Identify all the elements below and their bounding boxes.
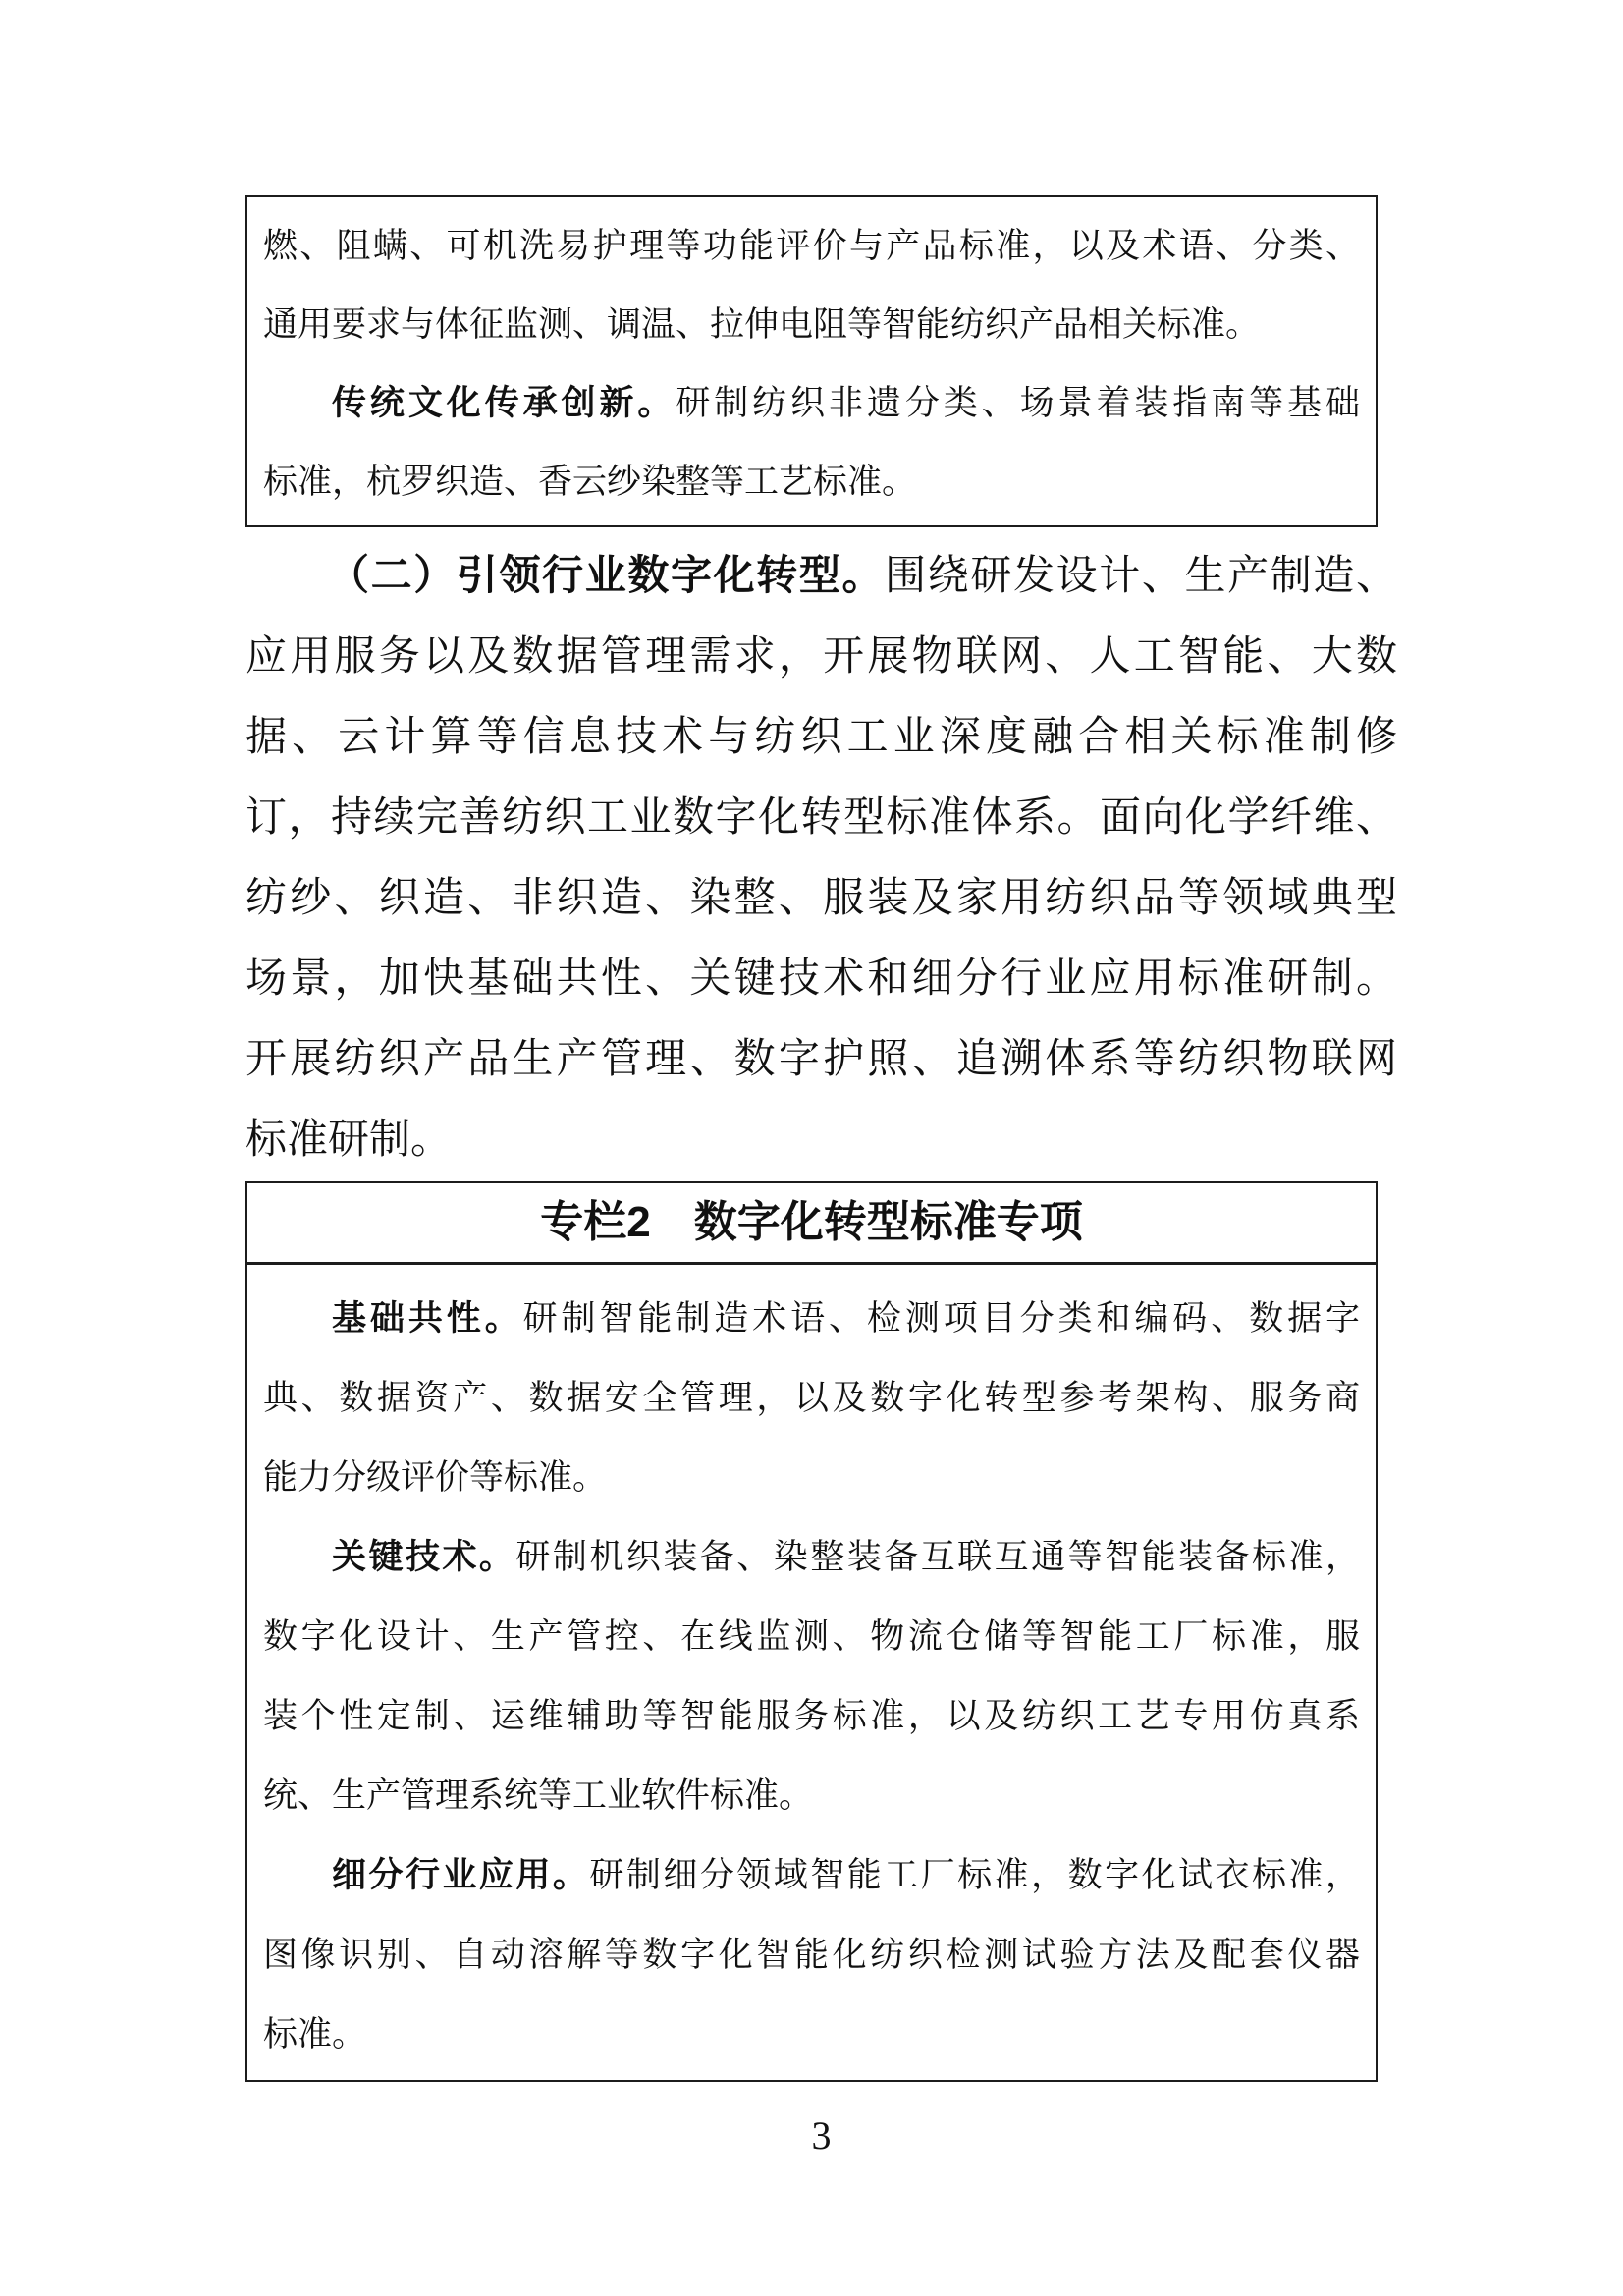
bold-lead-run: 细分行业应用。 — [332, 1856, 589, 1894]
text-run: 研制机织装备、染整装备互联互通等智能装备标准， — [515, 1538, 1360, 1576]
text-line: 开展纺织产品生产管理、数字护照、追溯体系等纺织物联网 — [245, 1019, 1397, 1100]
document-page: 燃、阻螨、可机洗易护理等功能评价与产品标准，以及术语、分类、 通用要求与体征监测… — [0, 0, 1623, 2296]
bold-lead-run: 传统文化传承创新。 — [332, 384, 676, 422]
text-run: 场景，加快基础共性、关键技术和细分行业应用标准研制。 — [245, 957, 1397, 1002]
text-line: 传统文化传承创新。研制纺织非遗分类、场景着装指南等基础 — [263, 364, 1360, 443]
text-line: 细分行业应用。研制细分领域智能工厂标准，数字化试衣标准， — [263, 1835, 1360, 1915]
body-paragraph: （二）引领行业数字化转型。围绕研发设计、生产制造、 应用服务以及数据管理需求，开… — [245, 535, 1397, 1180]
text-line: 典、数据资产、数据安全管理，以及数字化转型参考架构、服务商 — [263, 1358, 1360, 1438]
text-line: 标准研制。 — [245, 1100, 1397, 1180]
text-line: 标准。 — [263, 1995, 1360, 2074]
column-box-2-body: 基础共性。研制智能制造术语、检测项目分类和编码、数据字 典、数据资产、数据安全管… — [247, 1265, 1376, 2080]
text-run: 开展纺织产品生产管理、数字护照、追溯体系等纺织物联网 — [245, 1037, 1397, 1082]
page-number: 3 — [245, 2106, 1397, 2165]
text-run: 标准研制。 — [245, 1118, 452, 1163]
column-box-top: 燃、阻螨、可机洗易护理等功能评价与产品标准，以及术语、分类、 通用要求与体征监测… — [245, 195, 1378, 527]
text-run: 围绕研发设计、生产制造、 — [885, 554, 1397, 599]
text-run: 研制智能制造术语、检测项目分类和编码、数据字 — [523, 1299, 1360, 1338]
text-line: 关键技术。研制机织装备、染整装备互联互通等智能装备标准， — [263, 1517, 1360, 1597]
text-run: 纺纱、织造、非织造、染整、服装及家用纺织品等领域典型 — [245, 876, 1397, 921]
text-run: 通用要求与体征监测、调温、拉伸电阻等智能纺织产品相关标准。 — [263, 305, 1260, 344]
text-line: 图像识别、自动溶解等数字化智能化纺织检测试验方法及配套仪器 — [263, 1915, 1360, 1995]
text-run: 研制纺织非遗分类、场景着装指南等基础 — [676, 384, 1360, 422]
text-run: 标准。 — [263, 2015, 366, 2053]
column-box-2-title: 专栏2 数字化转型标准专项 — [247, 1183, 1376, 1265]
text-line: 能力分级评价等标准。 — [263, 1438, 1360, 1517]
text-run: 据、云计算等信息技术与纺织工业深度融合相关标准制修 — [245, 715, 1397, 760]
text-line: 通用要求与体征监测、调温、拉伸电阻等智能纺织产品相关标准。 — [263, 286, 1360, 364]
text-line: 统、生产管理系统等工业软件标准。 — [263, 1756, 1360, 1835]
column-box-2: 专栏2 数字化转型标准专项 基础共性。研制智能制造术语、检测项目分类和编码、数据… — [245, 1181, 1378, 2082]
text-run: 统、生产管理系统等工业软件标准。 — [263, 1777, 813, 1815]
text-run: 研制细分领域智能工厂标准，数字化试衣标准， — [589, 1856, 1360, 1894]
text-line: 应用服务以及数据管理需求，开展物联网、人工智能、大数 — [245, 617, 1397, 697]
text-line: 订，持续完善纺织工业数字化转型标准体系。面向化学纤维、 — [245, 778, 1397, 858]
text-line: 燃、阻螨、可机洗易护理等功能评价与产品标准，以及术语、分类、 — [263, 207, 1360, 286]
bold-lead-run: （二）引领行业数字化转型。 — [328, 552, 885, 598]
text-run: 数字化设计、生产管控、在线监测、物流仓储等智能工厂标准，服 — [263, 1617, 1360, 1656]
text-line: 据、云计算等信息技术与纺织工业深度融合相关标准制修 — [245, 697, 1397, 778]
text-run: 标准，杭罗织造、香云纱染整等工艺标准。 — [263, 463, 916, 501]
text-line: 标准，杭罗织造、香云纱染整等工艺标准。 — [263, 443, 1360, 521]
text-run: 图像识别、自动溶解等数字化智能化纺织检测试验方法及配套仪器 — [263, 1936, 1360, 1974]
text-line: 场景，加快基础共性、关键技术和细分行业应用标准研制。 — [245, 939, 1397, 1019]
text-line: （二）引领行业数字化转型。围绕研发设计、生产制造、 — [245, 535, 1397, 617]
text-run: 装个性定制、运维辅助等智能服务标准，以及纺织工艺专用仿真系 — [263, 1697, 1360, 1735]
text-line: 装个性定制、运维辅助等智能服务标准，以及纺织工艺专用仿真系 — [263, 1676, 1360, 1756]
text-run: 典、数据资产、数据安全管理，以及数字化转型参考架构、服务商 — [263, 1379, 1360, 1417]
text-line: 基础共性。研制智能制造术语、检测项目分类和编码、数据字 — [263, 1279, 1360, 1358]
text-run: 能力分级评价等标准。 — [263, 1458, 607, 1497]
text-run: 燃、阻螨、可机洗易护理等功能评价与产品标准，以及术语、分类、 — [263, 227, 1360, 265]
bold-lead-run: 基础共性。 — [332, 1299, 523, 1338]
text-line: 数字化设计、生产管控、在线监测、物流仓储等智能工厂标准，服 — [263, 1597, 1360, 1676]
text-run: 应用服务以及数据管理需求，开展物联网、人工智能、大数 — [245, 634, 1397, 680]
text-line: 纺纱、织造、非织造、染整、服装及家用纺织品等领域典型 — [245, 858, 1397, 939]
bold-lead-run: 关键技术。 — [332, 1538, 515, 1576]
text-run: 订，持续完善纺织工业数字化转型标准体系。面向化学纤维、 — [245, 795, 1397, 841]
